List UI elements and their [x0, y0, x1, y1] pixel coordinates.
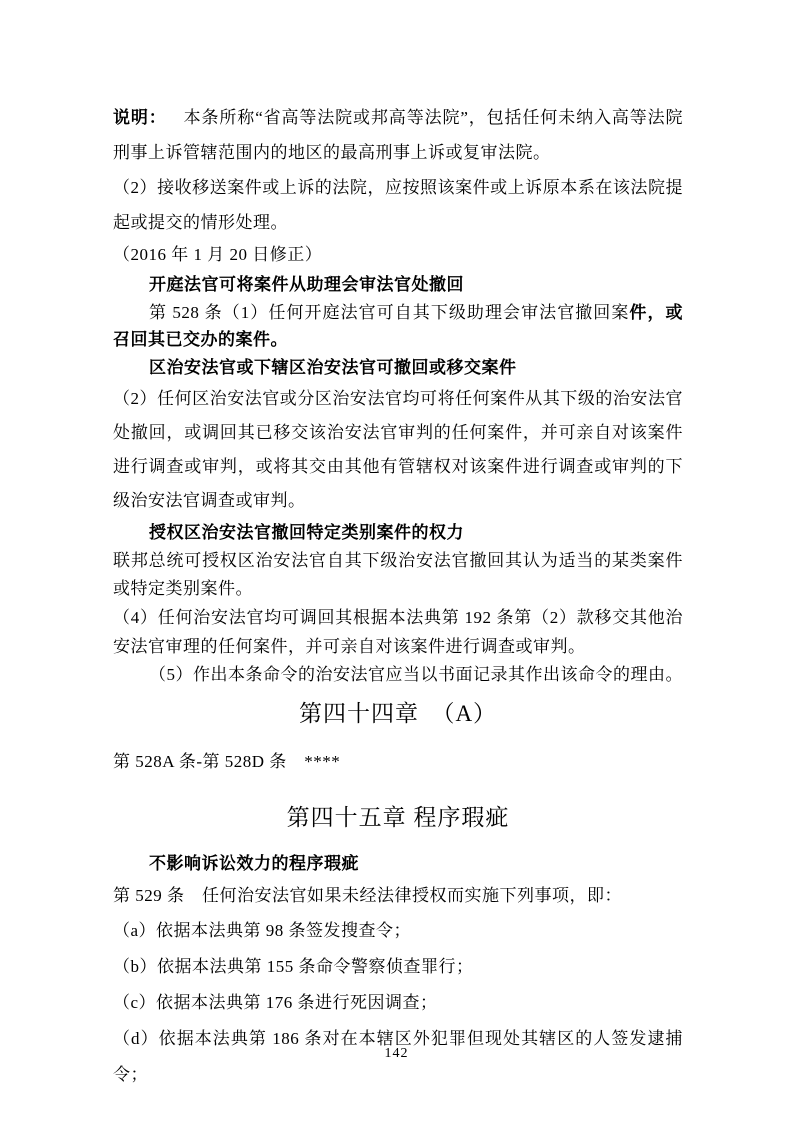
note-text: 本条所称“省高等法院或邦高等法院”，包括任何未纳入高等法院刑事上诉管辖范围内的地… [113, 108, 683, 162]
chapter-45-title: 第四十五章 程序瑕疵 [113, 801, 683, 835]
amendment-date-line: （2016 年 1 月 20 日修正） [113, 240, 683, 270]
section-529-intro-paragraph: 第 529 条 任何治安法官如果未经法律授权而实施下列事项，即： [113, 879, 683, 913]
list-item-b: （b）依据本法典第 155 条命令警察侦查罪行； [113, 949, 683, 985]
section-528a-528d-line: 第 528A 条-第 528D 条 **** [113, 747, 683, 777]
section-528-heading: 开庭法官可将案件从助理会审法官处撤回 [113, 270, 683, 299]
page-number: 142 [0, 1044, 793, 1064]
chapter-44-title: 第四十四章 （A） [113, 697, 683, 731]
section-528-clause4-paragraph: （4）任何治安法官均可调回其根据本法典第 192 条第（2）款移交其他治安法官审… [113, 603, 683, 661]
district-magistrate-heading: 区治安法官或下辖区治安法官可撤回或移交案件 [113, 353, 683, 382]
section-528-clause1-paragraph: 第 528 条（1）任何开庭法官可自其下级助理会审法官撤回案件，或召回其已交办的… [113, 299, 683, 353]
federal-president-paragraph: 联邦总统可授权区治安法官自其下级治安法官撤回其认为适当的某类案件或特定类别案件。 [113, 547, 683, 603]
section-529-heading: 不影响诉讼效力的程序瑕疵 [113, 849, 683, 879]
note-paragraph: 说明：本条所称“省高等法院或邦高等法院”，包括任何未纳入高等法院刑事上诉管辖范围… [113, 100, 683, 170]
note-label: 说明： [113, 108, 167, 127]
transfer-clause-paragraph: （2）接收移送案件或上诉的法院，应按照该案件或上诉原本系在该法院提起或提交的情形… [113, 170, 683, 240]
section-528-clause2-paragraph: （2）任何区治安法官或分区治安法官均可将任何案件从其下级的治安法官处撤回，或调回… [113, 382, 683, 518]
document-page: 说明：本条所称“省高等法院或邦高等法院”，包括任何未纳入高等法院刑事上诉管辖范围… [0, 0, 793, 1122]
list-item-a: （a）依据本法典第 98 条签发搜查令； [113, 913, 683, 949]
section-528-clause5-paragraph: （5）作出本条命令的治安法官应当以书面记录其作出该命令的理由。 [113, 661, 683, 689]
section-528-clause1-normal: 第 528 条（1）任何开庭法官可自其下级助理会审法官撤回案 [149, 303, 629, 322]
authorize-withdraw-heading: 授权区治安法官撤回特定类别案件的权力 [113, 518, 683, 547]
list-item-c: （c）依据本法典第 176 条进行死因调查； [113, 985, 683, 1021]
